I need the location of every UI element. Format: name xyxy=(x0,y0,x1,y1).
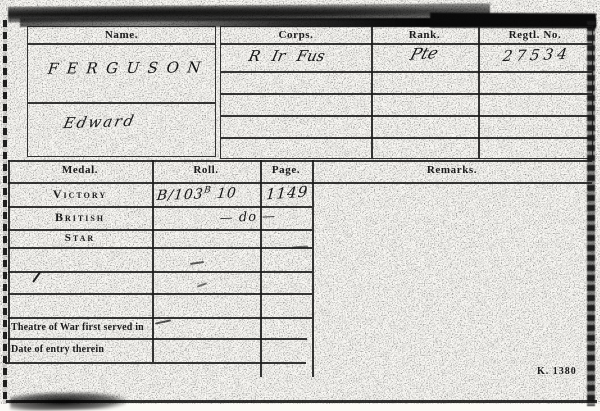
rule-line xyxy=(221,137,592,139)
rule-line xyxy=(8,271,312,273)
rule-line xyxy=(8,338,307,340)
regtl-no-value-handwritten: 27534 xyxy=(502,45,573,65)
rule-line xyxy=(8,317,312,319)
stray-mark xyxy=(32,271,41,283)
roll-header: Roll. xyxy=(152,164,260,176)
scan-smudge-bottom xyxy=(10,391,126,411)
rule-line xyxy=(152,160,154,362)
rule-line xyxy=(221,93,592,95)
rule-line xyxy=(221,43,592,45)
roll-end: 10 xyxy=(216,185,238,202)
medal-row-british-label: British xyxy=(8,210,152,225)
medal-index-card-scan: Name. FERGUSON Edward Corps. Rank. Regtl… xyxy=(0,0,600,411)
stray-mark xyxy=(155,319,171,324)
service-details-box: Corps. Rank. Regtl. No. R Ir Fus Pte 275… xyxy=(220,26,593,159)
form-code: K. 1380 xyxy=(537,366,577,377)
stray-mark xyxy=(190,261,204,265)
roll-superscript: B xyxy=(204,185,213,195)
roll-main: B/103 xyxy=(156,186,205,204)
corps-value-handwritten: R Ir Fus xyxy=(247,47,327,65)
rule-line xyxy=(312,160,314,377)
stray-mark xyxy=(197,282,207,287)
rule-line xyxy=(221,115,592,117)
rule-line xyxy=(8,293,312,295)
date-of-entry-label: Date of entry therein xyxy=(11,344,104,355)
regtl-no-header: Regtl. No. xyxy=(478,29,592,41)
rule-line xyxy=(28,102,215,104)
forename-handwritten: Edward xyxy=(62,112,138,132)
medal-header: Medal. xyxy=(8,164,152,176)
rank-value-handwritten: Pte xyxy=(408,43,441,64)
page-header: Page. xyxy=(260,164,312,176)
roll-value-victory: B/103B 10 xyxy=(156,185,238,204)
medal-row-victory-label: Victory xyxy=(8,187,152,202)
rule-line xyxy=(8,206,312,208)
name-header: Name. xyxy=(28,29,215,41)
rule-line xyxy=(28,43,215,45)
surname-handwritten: FERGUSON xyxy=(47,58,210,77)
rank-header: Rank. xyxy=(371,29,478,41)
rule-line xyxy=(221,71,592,73)
rule-line xyxy=(8,229,312,231)
theatre-of-war-label: Theatre of War first served in xyxy=(11,322,144,333)
rule-line xyxy=(8,247,312,249)
corps-header: Corps. xyxy=(221,29,371,41)
rule-line xyxy=(260,160,262,377)
remarks-header: Remarks. xyxy=(312,164,592,176)
card-left-edge xyxy=(3,20,7,404)
name-box: Name. FERGUSON Edward xyxy=(27,26,216,157)
page-value-victory: 1149 xyxy=(265,183,309,204)
roll-ditto-mark: — do — xyxy=(203,208,293,226)
medal-row-star-label: Star xyxy=(8,232,152,244)
rule-line xyxy=(8,160,592,162)
